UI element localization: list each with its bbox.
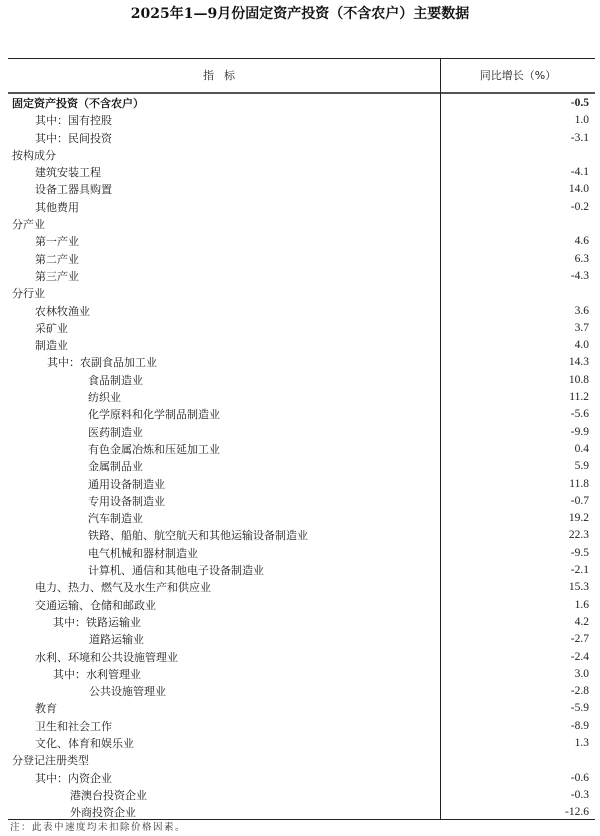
row-label: 其中：水利管理业 [53, 666, 141, 683]
row-label: 金属制品业 [88, 458, 143, 475]
row-value: -5.9 [571, 700, 589, 717]
row-value: -2.4 [571, 649, 589, 666]
table-row: 医药制造业-9.9 [8, 424, 595, 441]
row-label: 文化、体育和娱乐业 [35, 735, 134, 752]
row-value: 5.9 [575, 458, 589, 475]
row-label: 其他费用 [35, 199, 79, 216]
table-row: 道路运输业-2.7 [8, 631, 595, 648]
table-row: 按构成分 [8, 147, 595, 164]
row-value: 3.6 [575, 303, 589, 320]
footnote: 注：此表中速度均未扣除价格因素。 [10, 822, 186, 834]
page-title: 2025年1—9月份固定资产投资（不含农户）主要数据 [0, 4, 600, 24]
row-value: 14.3 [569, 354, 589, 371]
header-growth: 同比增长（%） [441, 59, 595, 92]
table-row: 电气机械和器材制造业-9.5 [8, 545, 595, 562]
table-row: 第三产业-4.3 [8, 268, 595, 285]
row-label: 铁路、船舶、航空航天和其他运输设备制造业 [88, 527, 308, 544]
table-row: 其中：农副食品加工业14.3 [8, 354, 595, 371]
row-label: 电力、热力、燃气及水生产和供应业 [35, 579, 211, 596]
table-row: 专用设备制造业-0.7 [8, 493, 595, 510]
row-value: 1.0 [575, 112, 589, 129]
table-row: 其中：铁路运输业4.2 [8, 614, 595, 631]
table-row: 采矿业3.7 [8, 320, 595, 337]
row-value: -4.1 [571, 164, 589, 181]
table-row: 水利、环境和公共设施管理业-2.4 [8, 649, 595, 666]
row-value: -9.5 [571, 545, 589, 562]
table-row: 第一产业4.6 [8, 233, 595, 250]
row-label: 汽车制造业 [88, 510, 143, 527]
row-label: 化学原料和化学制品制造业 [88, 406, 220, 423]
table-row: 分登记注册类型 [8, 752, 595, 769]
table-row: 其中：水利管理业3.0 [8, 666, 595, 683]
row-label: 第二产业 [35, 251, 79, 268]
table-row: 食品制造业10.8 [8, 372, 595, 389]
table-row: 其中：民间投资-3.1 [8, 130, 595, 147]
table-row: 固定资产投资（不含农户）-0.5 [8, 95, 595, 112]
row-label: 设备工器具购置 [35, 181, 112, 198]
row-value: -0.5 [571, 95, 589, 112]
table-row: 化学原料和化学制品制造业-5.6 [8, 406, 595, 423]
row-label: 其中：铁路运输业 [53, 614, 141, 631]
row-label: 电气机械和器材制造业 [88, 545, 198, 562]
table-row: 农林牧渔业3.6 [8, 303, 595, 320]
row-label: 第三产业 [35, 268, 79, 285]
row-label: 其中：国有控股 [35, 112, 112, 129]
row-label: 通用设备制造业 [88, 476, 165, 493]
row-label: 农林牧渔业 [35, 303, 90, 320]
row-label: 交通运输、仓储和邮政业 [35, 597, 156, 614]
table-row: 计算机、通信和其他电子设备制造业-2.1 [8, 562, 595, 579]
table-bottom-rule [8, 819, 595, 820]
row-label: 食品制造业 [88, 372, 143, 389]
row-value: 1.3 [575, 735, 589, 752]
table-row: 港澳台投资企业-0.3 [8, 787, 595, 804]
header-indicator: 指标 [8, 59, 440, 92]
row-value: -4.3 [571, 268, 589, 285]
row-value: 15.3 [569, 579, 589, 596]
table-row: 卫生和社会工作-8.9 [8, 718, 595, 735]
header-rule [8, 92, 595, 94]
table-row: 纺织业11.2 [8, 389, 595, 406]
row-label: 教育 [35, 700, 57, 717]
row-label: 水利、环境和公共设施管理业 [35, 649, 178, 666]
table-row: 通用设备制造业11.8 [8, 476, 595, 493]
table-row: 设备工器具购置14.0 [8, 181, 595, 198]
row-label: 纺织业 [88, 389, 121, 406]
row-label: 分产业 [12, 216, 45, 233]
row-label: 卫生和社会工作 [35, 718, 112, 735]
row-value: 11.2 [569, 389, 589, 406]
table-body: 固定资产投资（不含农户）-0.5其中：国有控股1.0其中：民间投资-3.1按构成… [8, 95, 595, 821]
table-row: 其他费用-0.2 [8, 199, 595, 216]
row-label: 道路运输业 [89, 631, 144, 648]
table-row: 分行业 [8, 285, 595, 302]
row-value: 3.0 [575, 666, 589, 683]
row-value: -3.1 [571, 130, 589, 147]
row-label: 其中：农副食品加工业 [47, 354, 157, 371]
table-row: 交通运输、仓储和邮政业1.6 [8, 597, 595, 614]
row-value: 3.7 [575, 320, 589, 337]
row-label: 按构成分 [12, 147, 56, 164]
row-label: 分行业 [12, 285, 45, 302]
row-value: -9.9 [571, 424, 589, 441]
table-row: 文化、体育和娱乐业1.3 [8, 735, 595, 752]
row-value: -0.3 [571, 787, 589, 804]
row-value: 4.2 [575, 614, 589, 631]
row-label: 专用设备制造业 [88, 493, 165, 510]
row-value: 6.3 [575, 251, 589, 268]
row-label: 建筑安装工程 [35, 164, 101, 181]
row-value: -0.2 [571, 199, 589, 216]
row-value: -2.7 [571, 631, 589, 648]
table-header: 指标 同比增长（%） [8, 59, 595, 92]
table-row: 其中：国有控股1.0 [8, 112, 595, 129]
row-label: 固定资产投资（不含农户） [12, 95, 144, 112]
row-value: 1.6 [575, 597, 589, 614]
table-row: 教育-5.9 [8, 700, 595, 717]
row-label: 医药制造业 [88, 424, 143, 441]
table-row: 建筑安装工程-4.1 [8, 164, 595, 181]
table-row: 分产业 [8, 216, 595, 233]
row-label: 有色金属冶炼和压延加工业 [88, 441, 220, 458]
row-value: 4.0 [575, 337, 589, 354]
row-value: -0.7 [571, 493, 589, 510]
row-value: -5.6 [571, 406, 589, 423]
row-value: 10.8 [569, 372, 589, 389]
table-row: 其中：内资企业-0.6 [8, 770, 595, 787]
row-label: 采矿业 [35, 320, 68, 337]
row-label: 第一产业 [35, 233, 79, 250]
row-label: 分登记注册类型 [12, 752, 89, 769]
table-row: 电力、热力、燃气及水生产和供应业15.3 [8, 579, 595, 596]
row-label: 制造业 [35, 337, 68, 354]
table-row: 汽车制造业19.2 [8, 510, 595, 527]
row-value: 14.0 [569, 181, 589, 198]
row-value: 11.8 [569, 476, 589, 493]
row-value: 19.2 [569, 510, 589, 527]
row-value: -2.8 [571, 683, 589, 700]
row-value: 4.6 [575, 233, 589, 250]
table-row: 制造业4.0 [8, 337, 595, 354]
row-value: 0.4 [575, 441, 589, 458]
row-value: -8.9 [571, 718, 589, 735]
row-label: 其中：内资企业 [35, 770, 112, 787]
row-label: 公共设施管理业 [89, 683, 166, 700]
table-row: 公共设施管理业-2.8 [8, 683, 595, 700]
row-value: -0.6 [571, 770, 589, 787]
row-value: -2.1 [571, 562, 589, 579]
row-label: 其中：民间投资 [35, 130, 112, 147]
table-row: 铁路、船舶、航空航天和其他运输设备制造业22.3 [8, 527, 595, 544]
table-row: 有色金属冶炼和压延加工业0.4 [8, 441, 595, 458]
row-label: 计算机、通信和其他电子设备制造业 [88, 562, 264, 579]
table-row: 金属制品业5.9 [8, 458, 595, 475]
row-value: 22.3 [569, 527, 589, 544]
row-label: 港澳台投资企业 [70, 787, 147, 804]
table-row: 第二产业6.3 [8, 251, 595, 268]
